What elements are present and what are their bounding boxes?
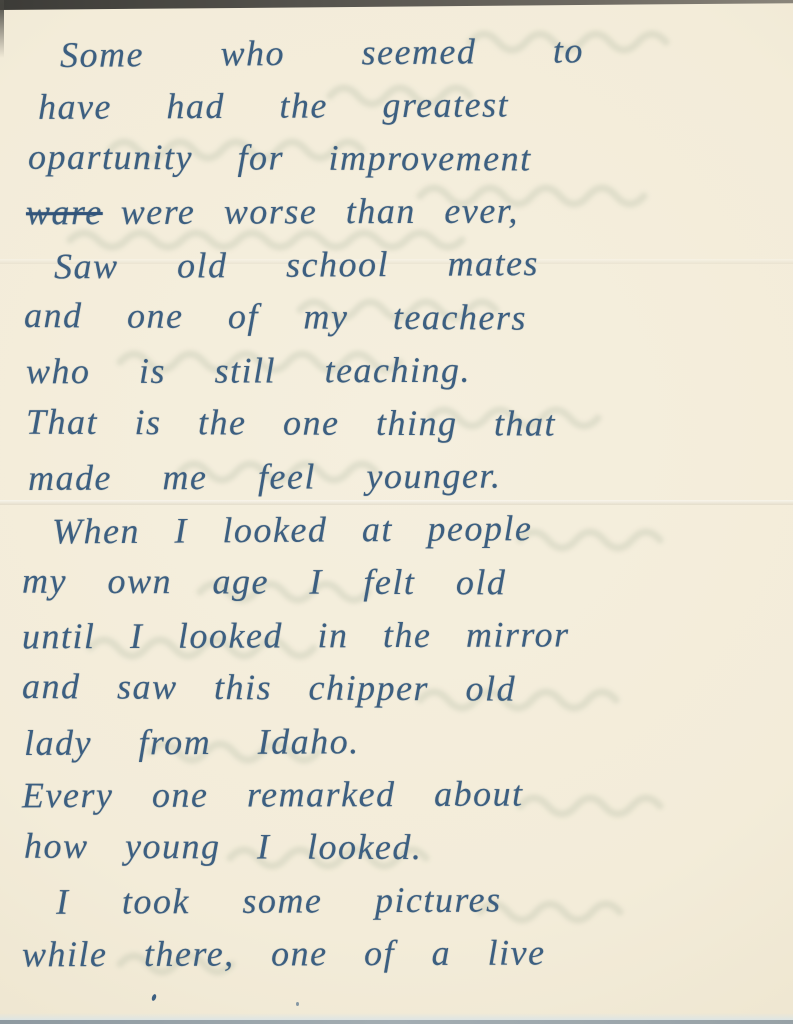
handwritten-line: who is still teaching.: [14, 343, 785, 399]
handwritten-text-block: Some who seemed to have had the greatest…: [14, 26, 785, 980]
handwritten-line: I took some pictures: [14, 872, 785, 929]
handwritten-line: and one of my teachers: [14, 289, 785, 346]
scan-edge-left: [0, 0, 4, 58]
line-text: were worse than ever,: [121, 191, 519, 232]
handwritten-line: how young I looked.: [14, 820, 785, 876]
handwritten-line: and saw this chipper old: [14, 660, 785, 717]
handwritten-line: Saw old school mates: [14, 235, 785, 293]
handwritten-line: my own age I felt old: [14, 555, 785, 611]
scan-edge-bottom-highlight: [0, 1013, 793, 1020]
ink-speck: [296, 1002, 299, 1006]
handwritten-line: Some who seemed to: [14, 23, 785, 83]
handwritten-line: while there, one of a live: [14, 926, 785, 982]
dropped-word: mirror: [466, 614, 570, 654]
scan-edge-bottom: [0, 1020, 793, 1024]
letter-page: Some who seemed to have had the greatest…: [0, 0, 793, 1024]
handwritten-line: have had the greatest: [14, 77, 785, 134]
handwritten-line: When I looked at people: [14, 500, 785, 558]
handwritten-line: until I looked in the mirror: [14, 608, 785, 664]
line-text: until I looked in the: [22, 615, 432, 656]
handwritten-line: lady from Idaho.: [14, 713, 785, 770]
handwritten-line: made me feel younger.: [14, 448, 785, 505]
ink-speck: [151, 994, 157, 1002]
handwritten-line: That is the one thing that: [14, 396, 785, 452]
handwritten-line: opartunity for improvement: [14, 131, 785, 187]
struck-out-word: ware: [26, 192, 103, 232]
handwritten-line: warewere worse than ever,: [14, 184, 785, 240]
scan-edge-top: [0, 0, 793, 10]
handwritten-line: Every one remarked about: [14, 767, 785, 823]
